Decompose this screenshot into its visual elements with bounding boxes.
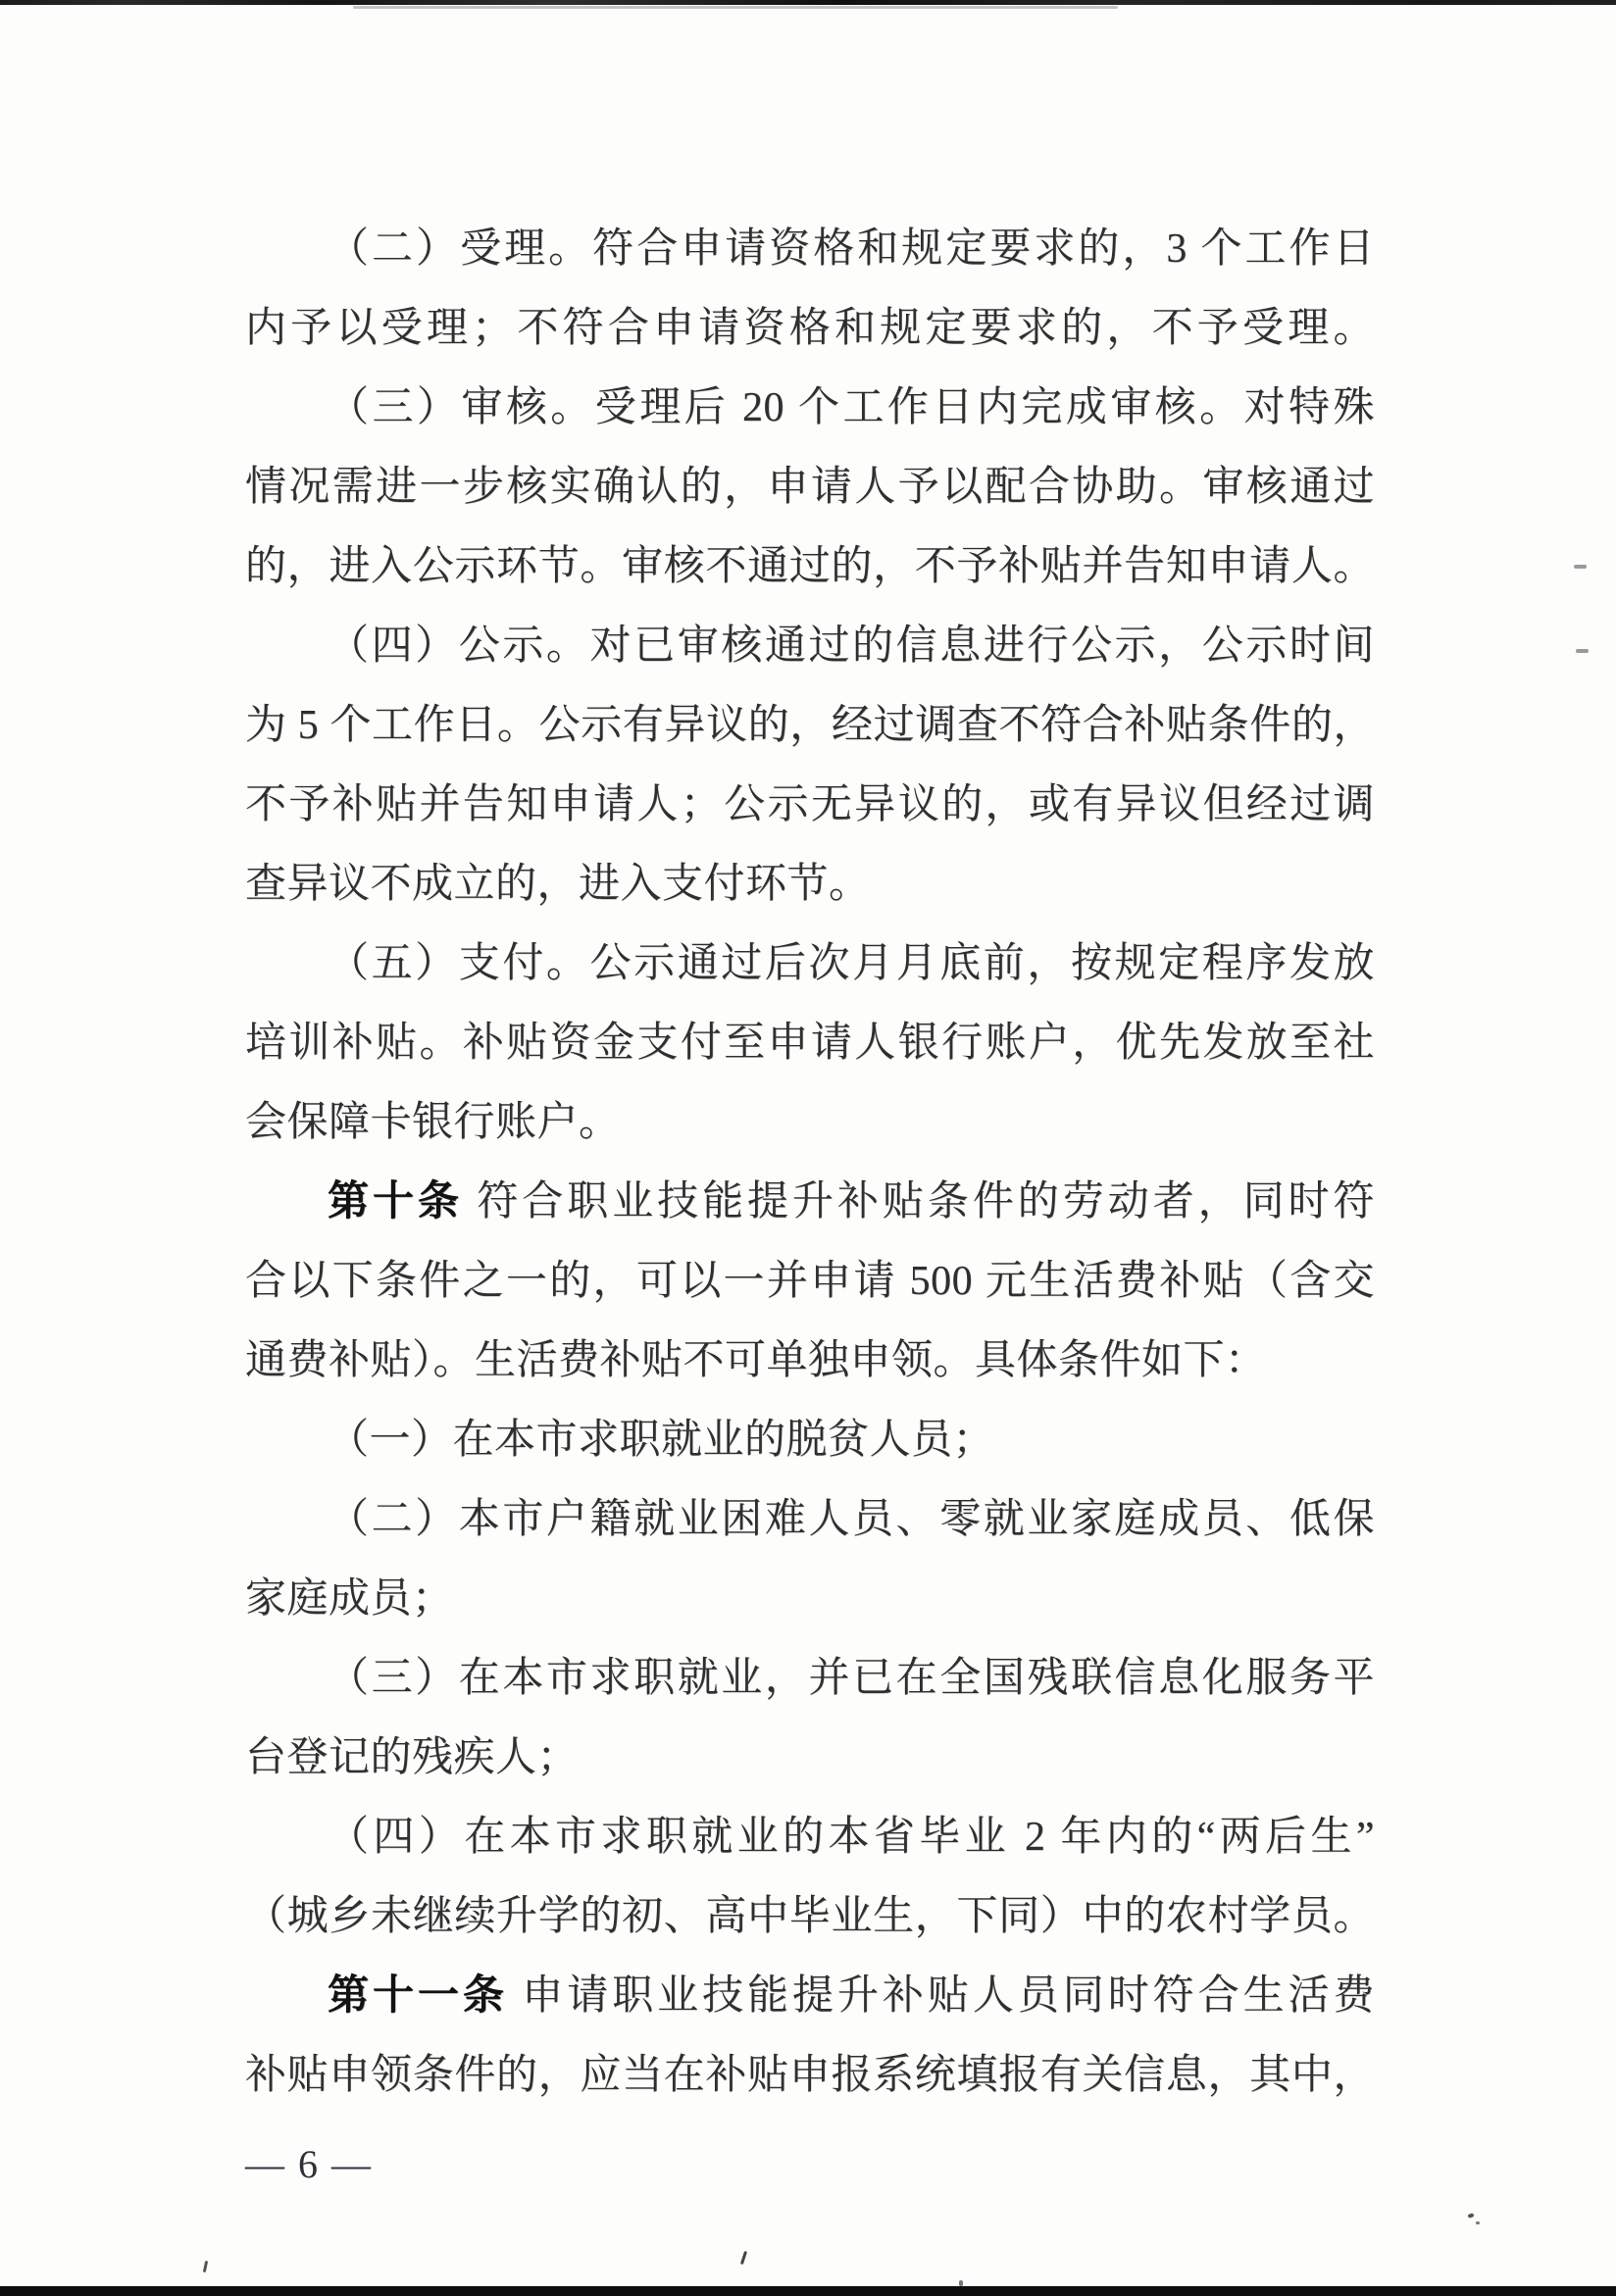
text-run: 不予补贴并告知申请人；公示无异议的，或有异议但经过调 [245,782,1375,827]
text-line: 补贴申领条件的，应当在补贴申报系统填报有关信息，其中， [245,2036,1375,2116]
text-line: （城乡未继续升学的初、高中毕业生，下同）中的农村学员。 [245,1877,1375,1957]
text-line: 台登记的残疾人； [245,1719,1375,1798]
scan-artifact-speck [1467,2213,1474,2219]
scan-smudge-top [353,6,1118,9]
scan-artifact-speck [203,2261,208,2272]
text-line: （四）公示。对已审核通过的信息进行公示，公示时间 [245,607,1375,686]
scan-edge-top [0,0,1616,5]
scan-edge-bottom [0,2286,1616,2296]
text-run: 的，进入公示环节。审核不通过的，不予补贴并告知申请人。 [245,544,1375,589]
article-heading-run: 第十一条 [328,1973,508,2019]
text-run: （四）公示。对已审核通过的信息进行公示，公示时间 [328,624,1375,669]
scan-artifact-speck [1476,2221,1480,2224]
text-run: （一）在本市求职就业的脱贫人员； [328,1418,994,1463]
text-line: （四）在本市求职就业的本省毕业 2 年内的“两后生” [245,1798,1375,1877]
text-run: （二）本市户籍就业困难人员、零就业家庭成员、低保 [328,1497,1375,1542]
scan-artifact-speck [740,2251,747,2265]
text-run: 为 5 个工作日。公示有异议的，经过调查不符合补贴条件的， [245,703,1375,748]
scan-artifact-dash [1574,565,1587,569]
text-run: （城乡未继续升学的初、高中毕业生，下同）中的农村学员。 [245,1894,1375,1939]
text-line: 第十条 符合职业技能提升补贴条件的劳动者，同时符 [245,1163,1375,1242]
text-run: 通费补贴）。生活费补贴不可单独申领。具体条件如下： [245,1338,1267,1383]
text-run: 家庭成员； [245,1576,454,1622]
text-line: （二）受理。符合申请资格和规定要求的，3 个工作日 [245,210,1375,289]
text-line: （二）本市户籍就业困难人员、零就业家庭成员、低保 [245,1480,1375,1560]
text-run: 培训补贴。补贴资金支付至申请人银行账户，优先发放至社 [245,1021,1375,1066]
text-line: （一）在本市求职就业的脱贫人员； [245,1401,1375,1480]
article-heading-run: 第十条 [328,1179,463,1224]
document-body-text: （二）受理。符合申请资格和规定要求的，3 个工作日内予以受理；不符合申请资格和规… [245,210,1375,2116]
text-line: 合以下条件之一的，可以一并申请 500 元生活费补贴（含交 [245,1242,1375,1322]
text-run: 内予以受理；不符合申请资格和规定要求的，不予受理。 [245,306,1375,351]
scanned-document-page: （二）受理。符合申请资格和规定要求的，3 个工作日内予以受理；不符合申请资格和规… [0,0,1616,2296]
text-line: 家庭成员； [245,1560,1375,1639]
text-run: （四）在本市求职就业的本省毕业 2 年内的“两后生” [328,1815,1375,1860]
text-line: （三）在本市求职就业，并已在全国残联信息化服务平 [245,1639,1375,1719]
text-run: 补贴申领条件的，应当在补贴申报系统填报有关信息，其中， [245,2053,1375,2098]
text-run: （三）审核。受理后 20 个工作日内完成审核。对特殊 [328,385,1375,430]
text-line: 培训补贴。补贴资金支付至申请人银行账户，优先发放至社 [245,1004,1375,1083]
text-run: 合以下条件之一的，可以一并申请 500 元生活费补贴（含交 [245,1259,1375,1304]
text-run: 符合职业技能提升补贴条件的劳动者，同时符 [463,1179,1375,1224]
text-line: （五）支付。公示通过后次月月底前，按规定程序发放 [245,924,1375,1004]
text-line: 会保障卡银行账户。 [245,1083,1375,1163]
text-run: 台登记的残疾人； [245,1735,579,1780]
text-line: （三）审核。受理后 20 个工作日内完成审核。对特殊 [245,369,1375,448]
text-line: 的，进入公示环节。审核不通过的，不予补贴并告知申请人。 [245,527,1375,607]
text-run: 申请职业技能提升补贴人员同时符合生活费 [508,1973,1375,2019]
text-line: 情况需进一步核实确认的，申请人予以配合协助。审核通过 [245,448,1375,527]
text-run: 会保障卡银行账户。 [245,1100,621,1145]
text-run: （五）支付。公示通过后次月月底前，按规定程序发放 [328,941,1375,986]
text-line: 内予以受理；不符合申请资格和规定要求的，不予受理。 [245,289,1375,369]
text-line: 第十一条 申请职业技能提升补贴人员同时符合生活费 [245,1957,1375,2036]
text-line: 不予补贴并告知申请人；公示无异议的，或有异议但经过调 [245,766,1375,845]
text-line: 通费补贴）。生活费补贴不可单独申领。具体条件如下： [245,1322,1375,1401]
text-line: 为 5 个工作日。公示有异议的，经过调查不符合补贴条件的， [245,686,1375,766]
text-run: 查异议不成立的，进入支付环节。 [245,862,871,907]
text-run: （三）在本市求职就业，并已在全国残联信息化服务平 [328,1656,1375,1701]
scan-artifact-dash [1576,649,1589,653]
text-run: 情况需进一步核实确认的，申请人予以配合协助。审核通过 [245,465,1375,510]
text-line: 查异议不成立的，进入支付环节。 [245,845,1375,924]
text-run: （二）受理。符合申请资格和规定要求的，3 个工作日 [328,226,1375,272]
page-number: — 6 — [245,2143,441,2186]
